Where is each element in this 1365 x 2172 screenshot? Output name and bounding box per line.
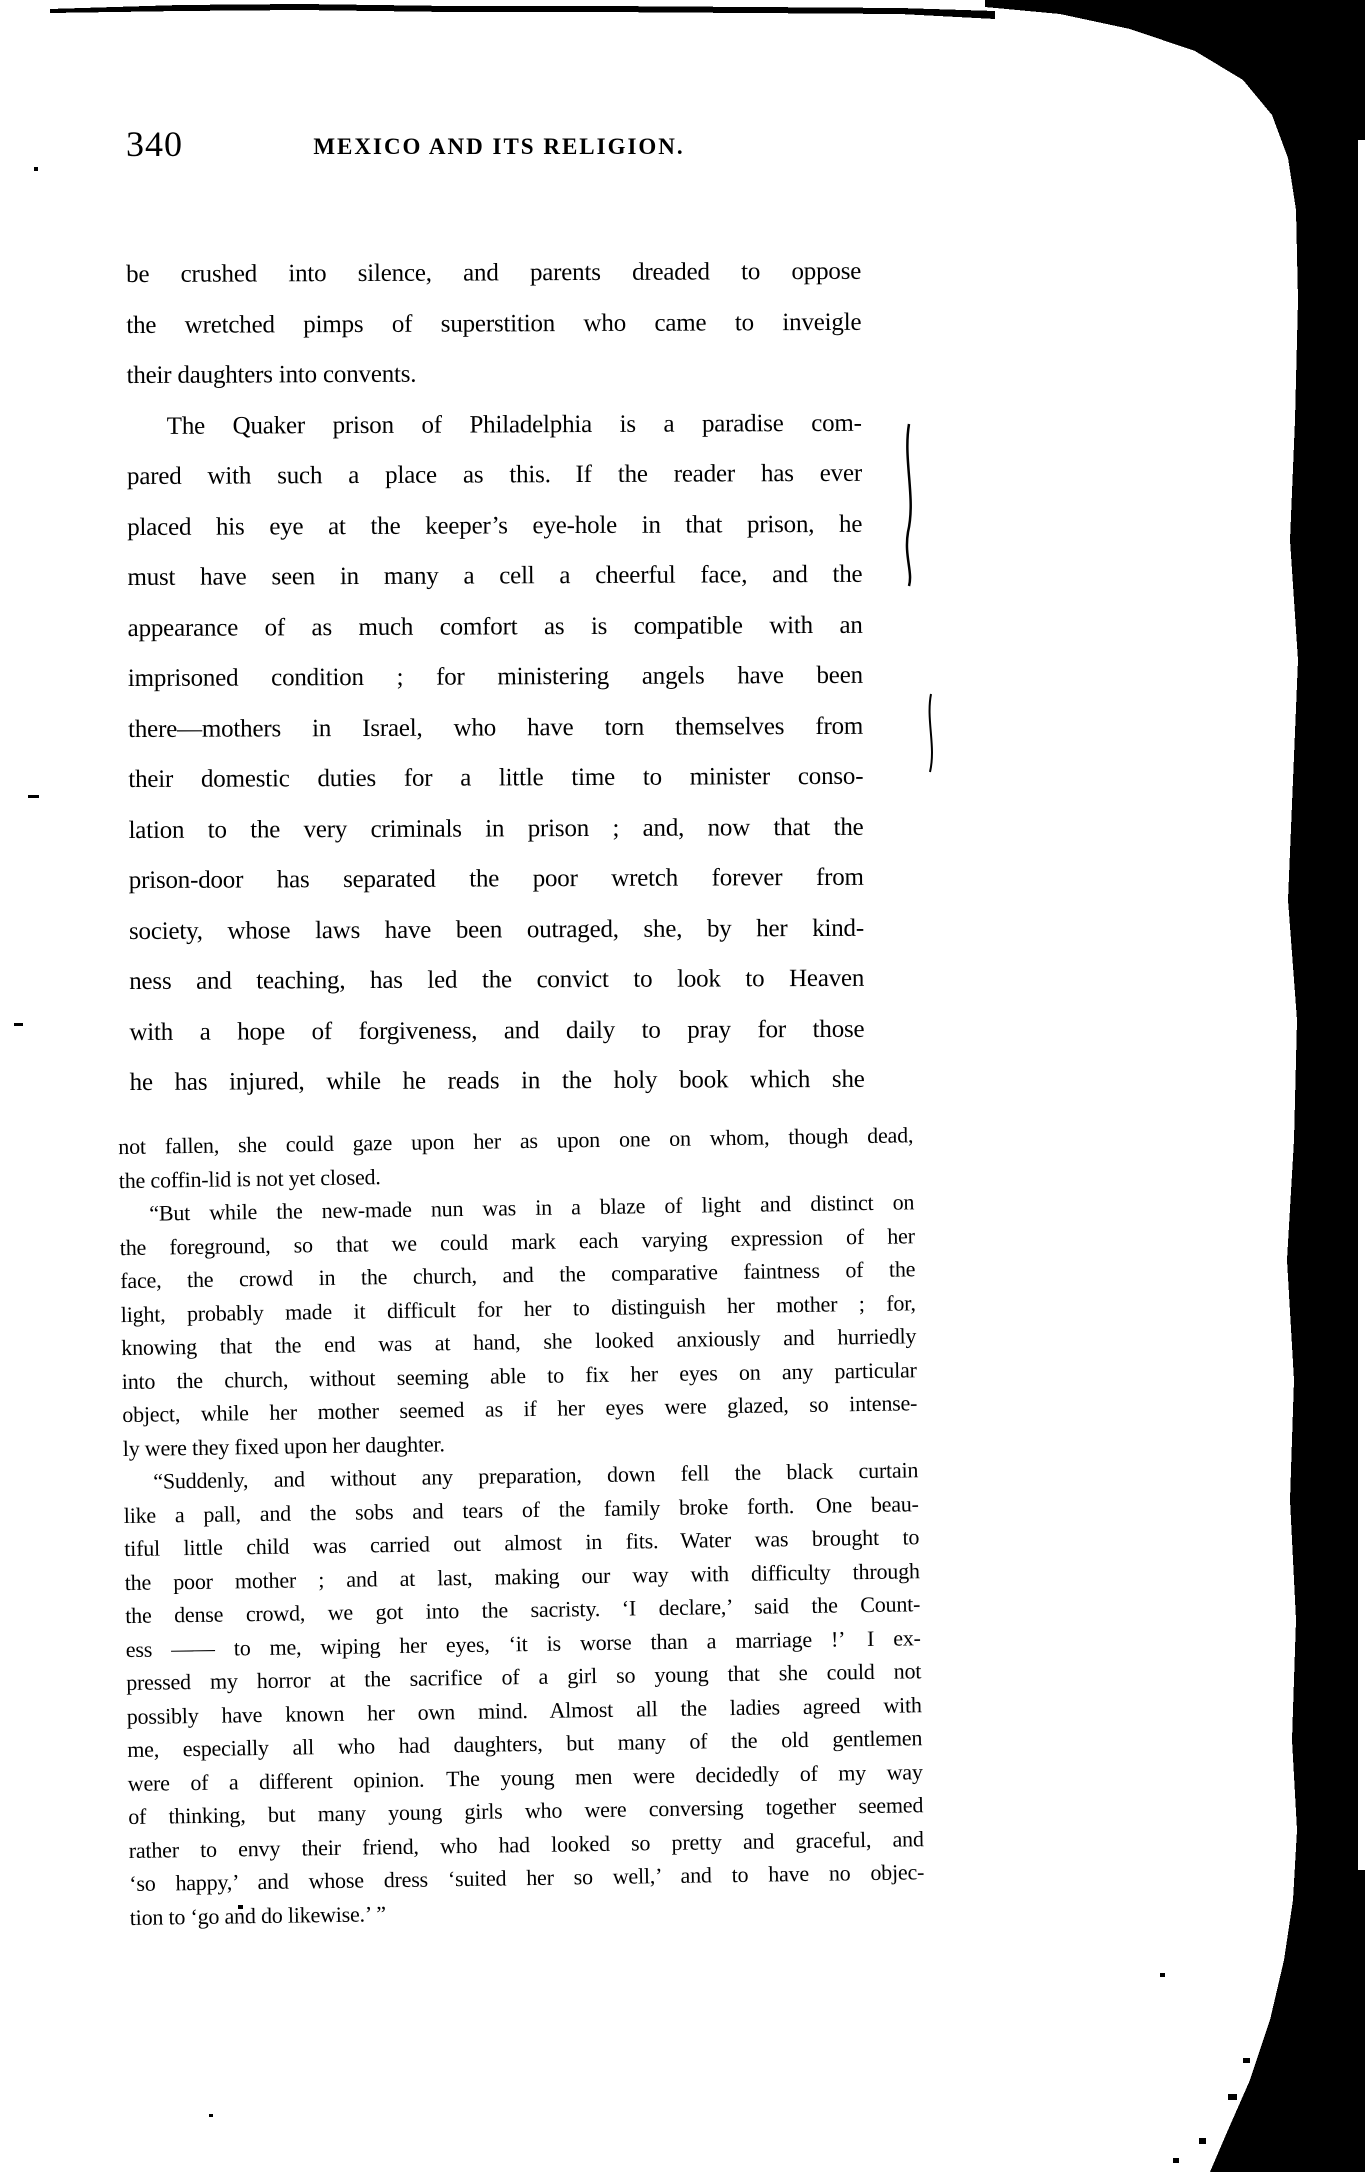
text-line: he has injured, while he reads in the ho… <box>130 1055 865 1109</box>
dust-speck <box>209 2114 213 2117</box>
scan-squiggle-artifact <box>930 694 932 772</box>
top-edge-artifact <box>50 4 995 19</box>
text-line: lation to the very criminals in prison ;… <box>128 802 863 856</box>
margin-dash-artifact <box>28 795 39 798</box>
text-line: ness and teaching, has led the convict t… <box>129 954 864 1008</box>
text-line: appearance of as much comfort as is comp… <box>128 600 863 654</box>
text-line: there—mothers in Israel, who have torn t… <box>128 701 863 755</box>
footnote-text-block: not fallen, she could gaze upon her as u… <box>118 1118 925 1934</box>
text-line: prison-door has separated the poor wretc… <box>129 853 864 907</box>
corner-speck <box>1173 2158 1179 2163</box>
text-line: society, whose laws have been outraged, … <box>129 903 864 957</box>
corner-speck <box>1228 2094 1237 2100</box>
book-page-scan: 340 MEXICO AND ITS RELIGION. be crushed … <box>0 0 1365 2172</box>
text-line: their domestic duties for a little time … <box>128 752 863 806</box>
text-line: be crushed into silence, and parents dre… <box>126 247 861 301</box>
body-text-block: be crushed into silence, and parents dre… <box>126 247 865 1109</box>
scan-squiggle-artifact <box>907 424 911 586</box>
text-line: imprisoned condition ; for ministering a… <box>128 651 863 705</box>
right-edge-artifact <box>985 0 1365 2172</box>
running-header-title: MEXICO AND ITS RELIGION. <box>124 134 874 160</box>
dust-speck <box>34 167 38 171</box>
text-line: placed his eye at the keeper’s eye-hole … <box>127 499 862 553</box>
dust-speck <box>1160 1973 1165 1977</box>
text-line: pared with such a place as this. If the … <box>127 449 862 503</box>
corner-speck <box>1243 2058 1250 2063</box>
corner-speck <box>1199 2138 1206 2144</box>
text-line: must have seen in many a cell a cheerful… <box>127 550 862 604</box>
text-line: the wretched pimps of superstition who c… <box>126 297 861 351</box>
right-white-sliver <box>1358 140 1365 1870</box>
text-line: The Quaker prison of Philadelphia is a p… <box>127 398 862 452</box>
text-line: with a hope of forgiveness, and daily to… <box>129 1004 864 1058</box>
margin-dash-artifact <box>14 1023 23 1026</box>
text-line: their daughters into convents. <box>126 348 861 402</box>
